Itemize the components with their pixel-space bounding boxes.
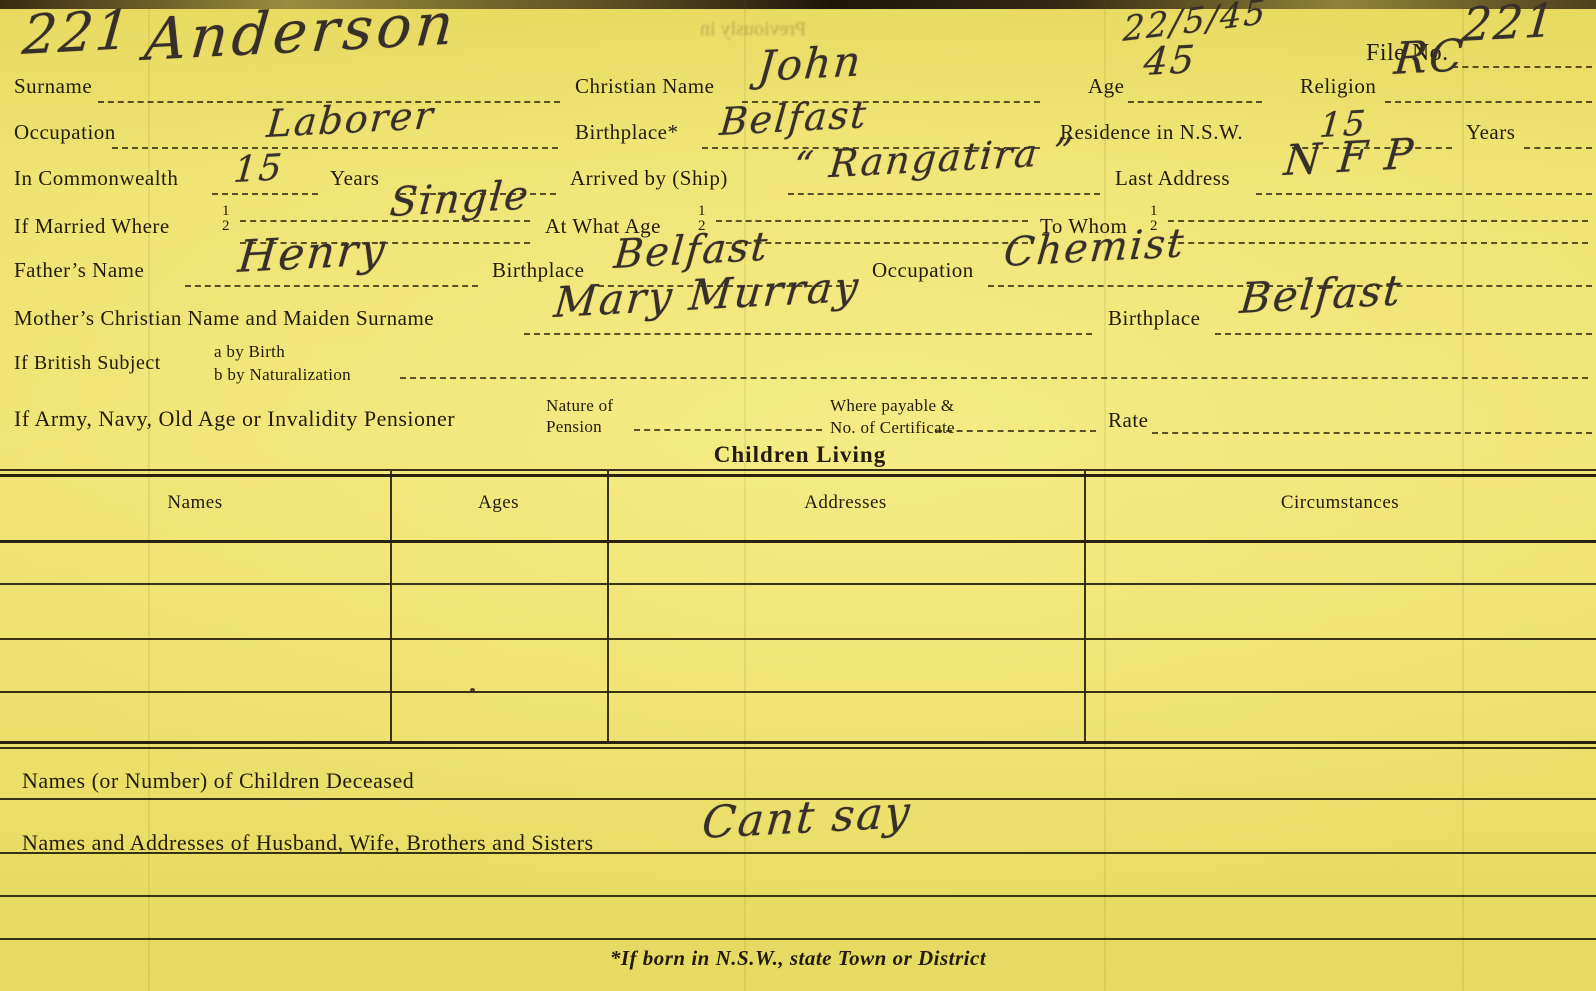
residence-years-label: Years: [1466, 120, 1515, 145]
age-value: 45: [1142, 37, 1198, 84]
mother-name-label: Mother’s Christian Name and Maiden Surna…: [14, 306, 434, 331]
ghost-showthrough-text: Previously in: [700, 18, 806, 41]
british-by-birth-option: a by Birth: [214, 342, 285, 362]
table-row-divider: [0, 691, 1596, 693]
mother-birthplace-value: Belfast: [1238, 265, 1404, 323]
blank-line: [1128, 101, 1262, 103]
british-by-naturalization-option: b by Naturalization: [214, 365, 351, 385]
father-occupation-label: Occupation: [872, 258, 974, 283]
blank-line: [524, 333, 1092, 335]
christian-name-value: John: [756, 36, 864, 91]
occupation-label: Occupation: [14, 120, 116, 145]
blank-line: [1385, 101, 1592, 103]
children-deceased-label: Names (or Number) of Children Deceased: [22, 768, 414, 794]
marital-status-value: Single: [388, 172, 532, 226]
married-where-label: If Married Where: [14, 214, 170, 239]
table-column-divider: [607, 471, 609, 744]
religion-value: RC: [1392, 30, 1467, 85]
blank-line: [716, 220, 1028, 222]
column-header-ages: Ages: [390, 492, 607, 514]
blank-line: [185, 285, 478, 287]
table-column-divider: [390, 471, 392, 744]
mother-name-value: Mary Murray: [552, 262, 862, 327]
surname-value: Anderson: [142, 0, 460, 74]
fathers-name-value: Henry: [236, 224, 389, 283]
table-row-divider: [0, 638, 1596, 640]
pension-registration-card: Previously in 221 22/5/45 File No. 221 S…: [0, 0, 1596, 991]
occupation-value: Laborer: [265, 93, 437, 146]
table-bottom-line: [0, 747, 1596, 749]
ruled-line: [0, 938, 1596, 940]
blank-line: [1452, 66, 1592, 68]
blank-line: [212, 193, 318, 195]
ruled-line: [0, 895, 1596, 897]
ship-label: Arrived by (Ship): [570, 166, 728, 191]
table-column-divider: [1084, 471, 1086, 744]
commonwealth-years-label: Years: [330, 166, 379, 191]
christian-name-label: Christian Name: [575, 74, 714, 99]
table-bottom-line: [0, 741, 1596, 744]
relatives-value: Cant say: [700, 787, 914, 849]
blank-line: [1152, 432, 1592, 434]
commonwealth-value: 15: [232, 147, 285, 191]
column-header-addresses: Addresses: [607, 492, 1084, 514]
file-no-value: 221: [1460, 0, 1558, 52]
blank-line: [1256, 193, 1592, 195]
fraction-top: 1: [1150, 204, 1158, 219]
fathers-name-label: Father’s Name: [14, 258, 144, 283]
table-row-divider: [0, 583, 1596, 585]
where-payable-label: Where payable &: [830, 396, 954, 416]
table-header-divider: [0, 540, 1596, 543]
no-of-certificate-label: No. of Certificate: [830, 418, 955, 438]
pensioner-label: If Army, Navy, Old Age or Invalidity Pen…: [14, 406, 455, 432]
birthplace-value: Belfast: [718, 92, 870, 144]
religion-label: Religion: [1300, 74, 1376, 99]
blank-line: [1524, 147, 1592, 149]
one-half-fraction: 1 2: [222, 204, 230, 234]
age-label: Age: [1088, 74, 1125, 99]
father-occupation-value: Chemist: [1002, 220, 1187, 276]
blank-line: [400, 377, 1588, 379]
mother-birthplace-label: Birthplace: [1108, 306, 1200, 331]
british-subject-label: If British Subject: [14, 352, 161, 375]
nature-of-label: Nature of: [546, 396, 613, 416]
blank-line: [936, 430, 1096, 432]
fraction-top: 1: [698, 204, 706, 219]
column-header-names: Names: [0, 492, 390, 514]
blank-line: [112, 147, 558, 149]
rate-label: Rate: [1108, 408, 1148, 433]
column-header-circumstances: Circumstances: [1084, 492, 1596, 514]
commonwealth-label: In Commonwealth: [14, 166, 178, 191]
ink-speck: [470, 688, 475, 692]
blank-line: [1168, 242, 1588, 244]
ruled-line: [0, 852, 1596, 854]
table-border-line: [0, 474, 1596, 477]
pension-label: Pension: [546, 417, 602, 437]
fraction-top: 1: [222, 204, 230, 219]
blank-line: [1168, 220, 1588, 222]
fraction-bottom: 2: [222, 219, 230, 234]
table-border-line: [0, 469, 1596, 471]
blank-line: [1215, 333, 1592, 335]
blank-line: [788, 193, 1100, 195]
blank-line: [634, 429, 822, 431]
residence-nsw-label: Residence in N.S.W.: [1060, 120, 1243, 145]
surname-label: Surname: [14, 74, 92, 99]
card-number-handwritten: 221: [20, 0, 134, 67]
last-address-value: N F P: [1282, 129, 1417, 185]
children-living-title: Children Living: [690, 442, 910, 468]
birthplace-label: Birthplace*: [575, 120, 678, 145]
last-address-label: Last Address: [1115, 166, 1230, 191]
nsw-footnote: *If born in N.S.W., state Town or Distri…: [398, 946, 1198, 971]
